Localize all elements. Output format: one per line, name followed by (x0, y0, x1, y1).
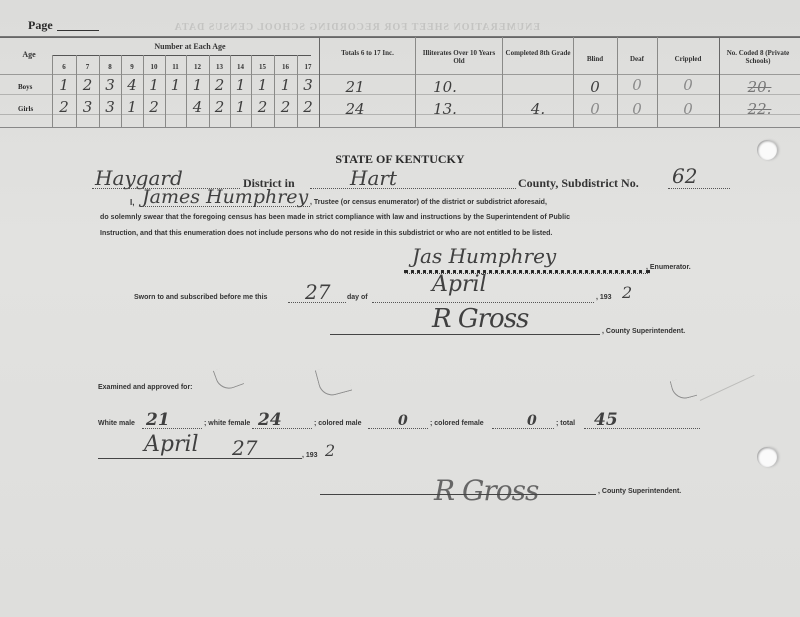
totals-header: Totals 6 to 17 Inc. (330, 49, 405, 57)
sworn-month: April (432, 272, 487, 297)
colored-female-label: ; colored female (430, 420, 484, 427)
oath-line-2: Instruction, and that this enumeration d… (100, 230, 552, 237)
girls-age-10: 2 (143, 99, 165, 115)
approval-month: April (144, 432, 199, 457)
white-female-value: 24 (258, 410, 282, 430)
check-mark (315, 362, 352, 398)
approval-year-digit: 2 (325, 441, 335, 460)
age-header: Age (14, 51, 44, 59)
girls-illiterates: 13. (420, 101, 470, 117)
girls-age-12: 4 (186, 99, 209, 115)
boys-deaf: 0 (617, 77, 657, 93)
girls-age-7: 3 (76, 99, 99, 115)
examined-label: Examined and approved for: (98, 384, 193, 391)
age-col-9: 9 (121, 63, 143, 71)
girls-age-17: 2 (297, 99, 319, 115)
age-col-14: 14 (230, 63, 251, 71)
oath-line-1: do solemnly swear that the foregoing cen… (100, 214, 570, 221)
boys-totals: 21 (330, 79, 380, 95)
girls-age-14: 1 (230, 99, 251, 115)
age-col-17: 17 (297, 63, 319, 71)
crippled-header: Crippled (657, 55, 719, 63)
approval-year-prefix: , 193 (302, 452, 318, 459)
page-number-line (57, 30, 99, 31)
boys-age-10: 1 (143, 77, 165, 93)
boys-age-15: 1 (251, 77, 274, 93)
enumerator-label: , Enumerator. (646, 264, 691, 271)
county-label: County, Subdistrict No. (518, 176, 639, 191)
boys-age-13: 2 (209, 77, 230, 93)
girls-age-6: 2 (52, 99, 76, 115)
age-col-6: 6 (52, 63, 76, 71)
boys-age-9: 4 (121, 77, 143, 93)
boys-age-16: 1 (274, 77, 297, 93)
white-female-label: ; white female (204, 420, 250, 427)
girls-age-16: 2 (274, 99, 297, 115)
check-mark (670, 375, 698, 401)
trustee-suffix: , Trustee (or census enumerator) of the … (310, 199, 547, 206)
age-col-7: 7 (76, 63, 99, 71)
girls-completed: 4. (505, 101, 571, 117)
superintendent-signature: R Gross (432, 304, 528, 334)
census-table: Age Number at Each Age 6 7 8 9 10 11 12 … (0, 36, 800, 128)
sworn-label: Sworn to and subscribed before me this (134, 294, 267, 301)
trustee-name: James Humphrey (142, 186, 308, 208)
approval-day: 27 (232, 436, 257, 460)
boys-age-14: 1 (230, 77, 251, 93)
total-label: ; total (556, 420, 575, 427)
illiterates-header: Illiterates Over 10 Years Old (420, 49, 498, 65)
colored-male-label: ; colored male (314, 420, 361, 427)
subdistrict-number: 62 (672, 164, 697, 188)
boys-age-7: 2 (76, 77, 99, 93)
boys-crippled: 0 (657, 77, 719, 93)
row-label-girls: Girls (18, 105, 33, 113)
sworn-year-prefix: , 193 (596, 294, 612, 301)
age-col-12: 12 (186, 63, 209, 71)
boys-coded: 20. (719, 79, 800, 95)
girls-crippled: 0 (657, 101, 719, 117)
colored-female-value: 0 (527, 413, 537, 429)
age-col-13: 13 (209, 63, 230, 71)
girls-age-8: 3 (99, 99, 121, 115)
sworn-year-digit: 2 (622, 283, 632, 302)
girls-totals: 24 (330, 101, 380, 117)
completed-header: Completed 8th Grade (505, 49, 571, 57)
paper-crease (700, 375, 755, 401)
census-document: Page ENUMERATION SHEET FOR RECORDING SCH… (0, 0, 800, 617)
age-col-10: 10 (143, 63, 165, 71)
age-col-15: 15 (251, 63, 274, 71)
check-mark (213, 362, 244, 392)
page-label-text: Page (28, 18, 53, 32)
boys-age-8: 3 (99, 77, 121, 93)
coded-header: No. Coded 8 (Private Schools) (716, 49, 800, 65)
boys-blind: 0 (575, 79, 615, 95)
age-col-11: 11 (165, 63, 186, 71)
girls-age-9: 1 (121, 99, 143, 115)
girls-deaf: 0 (617, 101, 657, 117)
boys-illiterates: 10. (420, 79, 470, 95)
boys-age-11: 1 (165, 77, 186, 93)
deaf-header: Deaf (617, 55, 657, 63)
colored-male-value: 0 (398, 413, 408, 429)
sworn-day: 27 (305, 280, 330, 304)
girls-age-15: 2 (251, 99, 274, 115)
white-male-value: 21 (146, 410, 170, 430)
girls-age-13: 2 (209, 99, 230, 115)
girls-blind: 0 (575, 101, 615, 117)
girls-coded: 22. (719, 101, 800, 117)
day-of-label: day of (347, 294, 368, 301)
bleed-through-text: ENUMERATION SHEET FOR RECORDING SCHOOL C… (200, 22, 540, 32)
boys-age-17: 3 (297, 77, 319, 93)
white-male-label: White male (98, 420, 135, 427)
group-header: Number at Each Age (110, 43, 270, 51)
blind-header: Blind (573, 55, 617, 63)
county-name: Hart (350, 166, 397, 190)
total-value: 45 (594, 410, 618, 430)
approval-superintendent-label: , County Superintendent. (598, 488, 681, 495)
page-label: Page (28, 18, 99, 33)
age-col-8: 8 (99, 63, 121, 71)
boys-age-6: 1 (52, 77, 76, 93)
boys-age-12: 1 (186, 77, 209, 93)
approval-superintendent-signature: R Gross (434, 474, 538, 507)
row-label-boys: Boys (18, 83, 32, 91)
enumerator-signature: Jas Humphrey (412, 244, 556, 268)
punch-hole (757, 447, 777, 467)
i-label: I, (130, 198, 134, 207)
age-col-16: 16 (274, 63, 297, 71)
superintendent-label: , County Superintendent. (602, 328, 685, 335)
